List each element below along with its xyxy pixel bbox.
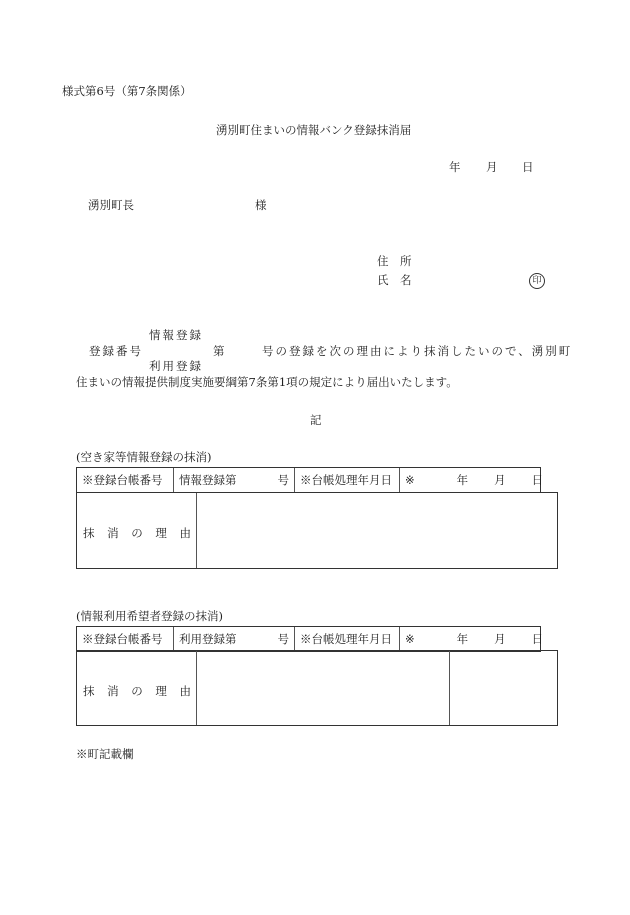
- day-label: 日: [532, 631, 544, 647]
- addressee-honorific: 様: [255, 200, 267, 212]
- option-info-registration: 情報登録: [149, 330, 203, 342]
- ledger-number-label: ※登録台帳番号: [77, 627, 173, 651]
- address-label: 住 所: [377, 256, 412, 268]
- reason-char: 抹: [83, 525, 95, 541]
- reason-input[interactable]: [197, 651, 449, 725]
- section2-header-row: ※登録台帳番号 利用登録第 号 ※台帳処理年月日 ※ 年 月 日: [76, 626, 541, 652]
- registration-prefix: 情報登録第: [179, 472, 237, 488]
- document-title: 湧別町住まいの情報バンク登録抹消届: [216, 125, 411, 137]
- registration-suffix: 号: [278, 631, 290, 647]
- date-month-label: 月: [486, 162, 498, 174]
- processed-date-field[interactable]: ※ 年 月 日: [400, 468, 540, 492]
- mark: ※: [405, 632, 415, 646]
- form-number: 様式第6号（第7条関係）: [62, 86, 192, 98]
- extra-field[interactable]: [450, 651, 557, 725]
- dai-label: 第: [213, 346, 225, 358]
- date-day-label: 日: [522, 162, 534, 174]
- reason-char: 消: [107, 683, 119, 699]
- date-year-label: 年: [449, 162, 461, 174]
- registration-suffix: 号: [278, 472, 290, 488]
- registration-prefix: 利用登録第: [179, 631, 237, 647]
- ki-heading: 記: [310, 415, 322, 427]
- seal-text: 印: [532, 277, 541, 286]
- reason-char: 由: [180, 525, 192, 541]
- reason-input[interactable]: [197, 493, 557, 568]
- reason-label: 抹 消 の 理 由: [83, 683, 191, 699]
- reason-char: 理: [155, 683, 167, 699]
- reason-char: の: [131, 525, 143, 541]
- year-label: 年: [457, 631, 469, 647]
- addressee-name: 湧別町長: [88, 200, 134, 212]
- month-label: 月: [494, 472, 506, 488]
- reason-char: 理: [155, 525, 167, 541]
- section1-caption: (空き家等情報登録の抹消): [76, 452, 211, 464]
- use-registration-number-field[interactable]: 利用登録第 号: [174, 627, 294, 651]
- reason-char: 抹: [83, 683, 95, 699]
- year-label: 年: [457, 472, 469, 488]
- section1-reason-row: 抹 消 の 理 由: [76, 492, 558, 569]
- processed-date-field[interactable]: ※ 年 月 日: [400, 627, 540, 651]
- seal-icon: 印: [529, 273, 545, 289]
- month-label: 月: [494, 631, 506, 647]
- name-label: 氏 名: [377, 275, 412, 287]
- body-line1: 号の登録を次の理由により抹消したいので、湧別町: [262, 346, 572, 358]
- ledger-number-label: ※登録台帳番号: [77, 468, 173, 492]
- processed-date-label: ※台帳処理年月日: [295, 468, 399, 492]
- reason-char: 由: [180, 683, 192, 699]
- option-use-registration: 利用登録: [149, 361, 203, 373]
- registration-number-label: 登録番号: [89, 346, 143, 358]
- processed-date-label: ※台帳処理年月日: [295, 627, 399, 651]
- section2-reason-row: 抹 消 の 理 由: [76, 650, 558, 726]
- mark: ※: [405, 473, 415, 487]
- section1-header-row: ※登録台帳番号 情報登録第 号 ※台帳処理年月日 ※ 年 月 日: [76, 467, 541, 493]
- reason-char: 消: [107, 525, 119, 541]
- registration-number-field[interactable]: 情報登録第 号: [174, 468, 294, 492]
- body-line2: 住まいの情報提供制度実施要綱第7条第1項の規定により届出いたします。: [76, 377, 458, 389]
- town-memo-label: ※町記載欄: [76, 749, 134, 761]
- day-label: 日: [532, 472, 544, 488]
- reason-char: の: [131, 683, 143, 699]
- section2-caption: (情報利用希望者登録の抹消): [76, 611, 223, 623]
- reason-label: 抹 消 の 理 由: [83, 525, 191, 541]
